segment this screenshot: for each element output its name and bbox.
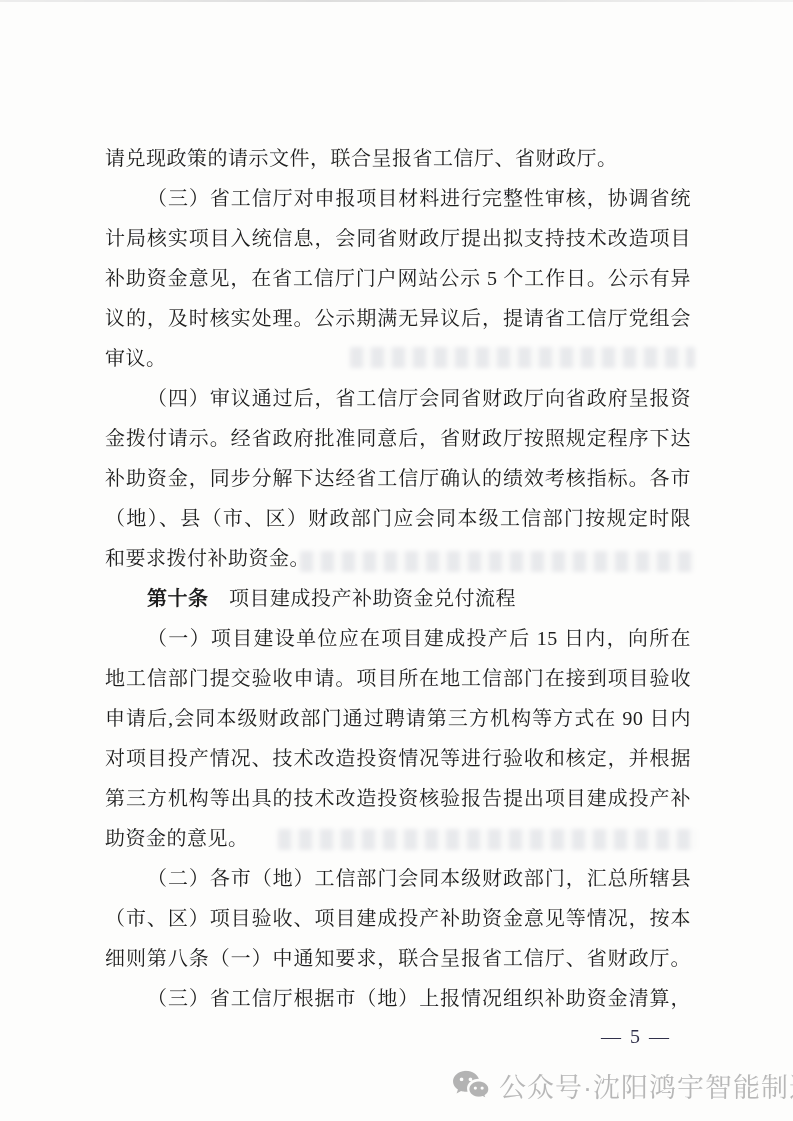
text-line: 金拨付请示。经省政府批准同意后，省财政厅按照规定程序下达: [105, 419, 691, 459]
text-segment: 议的，及时核实处理。公示期满无异议后，提请省工信厅党组会: [105, 308, 691, 330]
text-segment: 补助资金意见，在省工信厅门户网站公示 5 个工作日。公示有异: [105, 268, 691, 290]
text-segment: （二）各市（地）工信部门会同本级财政部门，汇总所辖县: [147, 868, 691, 890]
text-segment: 金拨付请示。经省政府批准同意后，省财政厅按照规定程序下达: [105, 428, 691, 450]
text-segment: 地工信部门提交验收申请。项目所在地工信部门在接到项目验收: [105, 668, 691, 690]
text-line: 细则第八条（一）中通知要求，联合呈报省工信厅、省财政厅。: [105, 939, 691, 979]
text-line: 计局核实项目入统信息，会同省财政厅提出拟支持技术改造项目: [105, 219, 691, 259]
bleedthrough-artifact: [300, 551, 695, 572]
article-heading-label: 第十条: [147, 588, 209, 610]
text-segment: 申请后,会同本级财政部门通过聘请第三方机构等方式在 90 日内: [105, 708, 691, 730]
text-segment: （三）省工信厅根据市（地）上报情况组织补助资金清算，: [147, 988, 691, 1010]
text-line: 补助资金意见，在省工信厅门户网站公示 5 个工作日。公示有异: [105, 259, 691, 299]
text-segment: 对项目投产情况、技术改造投资情况等进行验收和核定，并根据: [105, 748, 691, 770]
text-line: （一）项目建设单位应在项目建成投产后 15 日内，向所在: [105, 619, 691, 659]
text-line: 地工信部门提交验收申请。项目所在地工信部门在接到项目验收: [105, 659, 691, 699]
text-segment: （三）省工信厅对申报项目材料进行完整性审核，协调省统: [147, 188, 691, 210]
text-line: 第三方机构等出具的技术改造投资核验报告提出项目建成投产补: [105, 779, 691, 819]
text-line: （三）省工信厅对申报项目材料进行完整性审核，协调省统: [105, 179, 691, 219]
watermark-footer: 公众号·沈阳鸿宇智能制造: [452, 1066, 793, 1105]
text-segment: 计局核实项目入统信息，会同省财政厅提出拟支持技术改造项目: [105, 228, 691, 250]
text-line: 补助资金，同步分解下达经省工信厅确认的绩效考核指标。各市: [105, 459, 691, 499]
page-number: — 5 —: [601, 1026, 671, 1049]
bleedthrough-artifact: [278, 829, 698, 850]
text-segment: （市、区）项目验收、项目建成投产补助资金意见等情况，按本: [105, 908, 691, 930]
text-line: 申请后,会同本级财政部门通过聘请第三方机构等方式在 90 日内: [105, 699, 691, 739]
text-line: 第十条 项目建成投产补助资金兑付流程: [105, 579, 691, 619]
text-line: （二）各市（地）工信部门会同本级财政部门，汇总所辖县: [105, 859, 691, 899]
watermark-text: 公众号·沈阳鸿宇智能制造: [499, 1066, 793, 1105]
text-segment: （四）审议通过后，省工信厅会同省财政厅向省政府呈报资: [147, 388, 691, 410]
text-segment: 助资金的意见。: [105, 828, 249, 850]
bleedthrough-artifact: [350, 347, 695, 368]
document-body: 请兑现政策的请示文件，联合呈报省工信厅、省财政厅。（三）省工信厅对申报项目材料进…: [105, 139, 691, 1019]
text-segment: （一）项目建设单位应在项目建成投产后 15 日内，向所在: [147, 628, 691, 650]
wechat-icon: [452, 1069, 490, 1103]
text-line: （地）、县（市、区）财政部门应会同本级工信部门按规定时限: [105, 499, 691, 539]
text-segment: 第三方机构等出具的技术改造投资核验报告提出项目建成投产补: [105, 788, 691, 810]
text-line: 请兑现政策的请示文件，联合呈报省工信厅、省财政厅。: [105, 139, 691, 179]
scan-edge-artifact: [0, 0, 793, 2]
text-line: 对项目投产情况、技术改造投资情况等进行验收和核定，并根据: [105, 739, 691, 779]
text-segment: 审议。: [105, 348, 167, 370]
text-line: （三）省工信厅根据市（地）上报情况组织补助资金清算，: [105, 979, 691, 1019]
text-line: （四）审议通过后，省工信厅会同省财政厅向省政府呈报资: [105, 379, 691, 419]
text-segment: （地）、县（市、区）财政部门应会同本级工信部门按规定时限: [105, 508, 691, 530]
text-line: （市、区）项目验收、项目建成投产补助资金意见等情况，按本: [105, 899, 691, 939]
text-segment: 补助资金，同步分解下达经省工信厅确认的绩效考核指标。各市: [105, 468, 691, 490]
text-segment: 项目建成投产补助资金兑付流程: [209, 588, 517, 610]
text-line: 议的，及时核实处理。公示期满无异议后，提请省工信厅党组会: [105, 299, 691, 339]
text-segment: 和要求拨付补助资金。: [105, 548, 310, 570]
document-page: 请兑现政策的请示文件，联合呈报省工信厅、省财政厅。（三）省工信厅对申报项目材料进…: [0, 0, 793, 1121]
text-segment: 细则第八条（一）中通知要求，联合呈报省工信厅、省财政厅。: [105, 948, 691, 970]
text-segment: 请兑现政策的请示文件，联合呈报省工信厅、省财政厅。: [105, 148, 618, 170]
